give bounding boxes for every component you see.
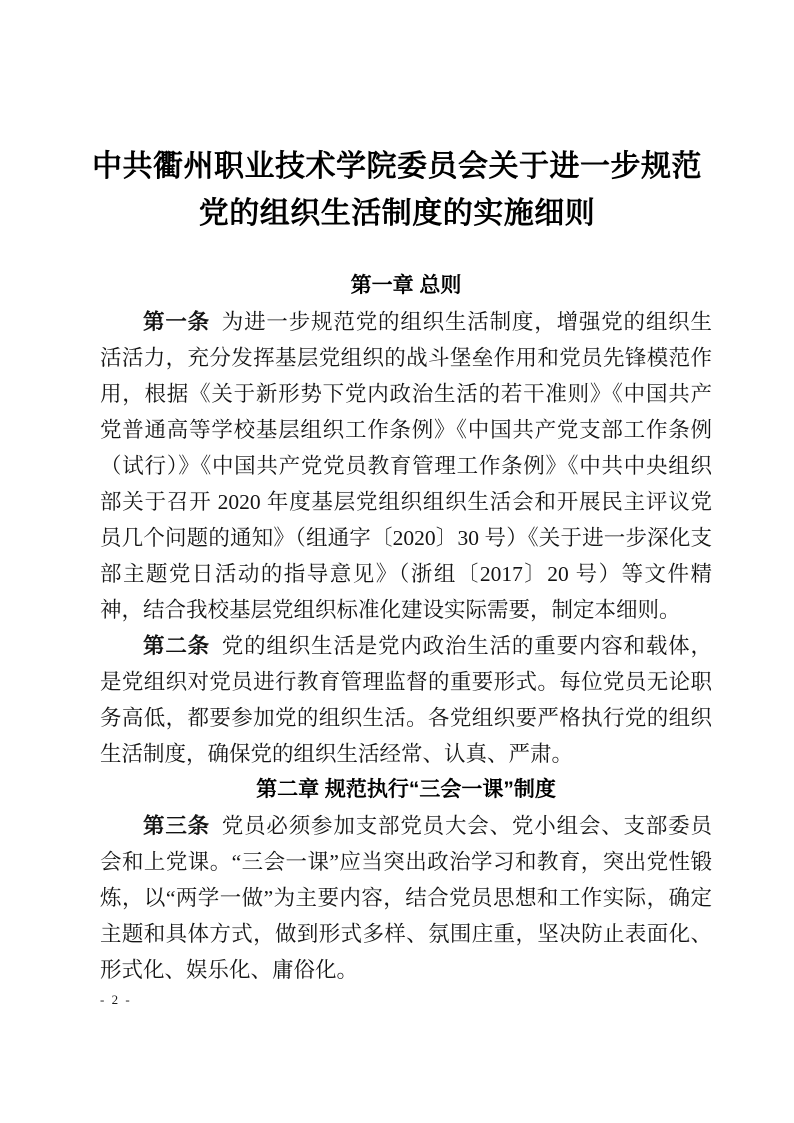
article-3: 第三条党员必须参加支部党员大会、党小组会、支部委员会和上党课。“三会一课”应当突…	[100, 808, 712, 988]
chapter-1-heading: 第一章 总则	[100, 268, 712, 304]
article-3-label: 第三条	[143, 814, 210, 838]
document-body: 第一章 总则 第一条为进一步规范党的组织生活制度，增强党的组织生活活力，充分发挥…	[100, 268, 712, 988]
page-number: - 2 -	[100, 992, 132, 1008]
document-title: 中共衢州职业技术学院委员会关于进一步规范 党的组织生活制度的实施细则	[91, 143, 703, 237]
article-1-text: 为进一步规范党的组织生活制度，增强党的组织生活活力，充分发挥基层党组织的战斗堡垒…	[100, 310, 712, 622]
article-3-text: 党员必须参加支部党员大会、党小组会、支部委员会和上党课。“三会一课”应当突出政治…	[100, 814, 712, 982]
article-2-label: 第二条	[143, 634, 210, 658]
article-1-label: 第一条	[143, 310, 210, 334]
document-page: 中共衢州职业技术学院委员会关于进一步规范 党的组织生活制度的实施细则 第一章 总…	[0, 0, 794, 1123]
document-title-line-1: 中共衢州职业技术学院委员会关于进一步规范	[91, 143, 703, 190]
document-title-line-2: 党的组织生活制度的实施细则	[91, 190, 703, 237]
article-1: 第一条为进一步规范党的组织生活制度，增强党的组织生活活力，充分发挥基层党组织的战…	[100, 304, 712, 628]
article-2: 第二条党的组织生活是党内政治生活的重要内容和载体，是党组织对党员进行教育管理监督…	[100, 628, 712, 772]
chapter-2-heading: 第二章 规范执行“三会一课”制度	[100, 772, 712, 808]
